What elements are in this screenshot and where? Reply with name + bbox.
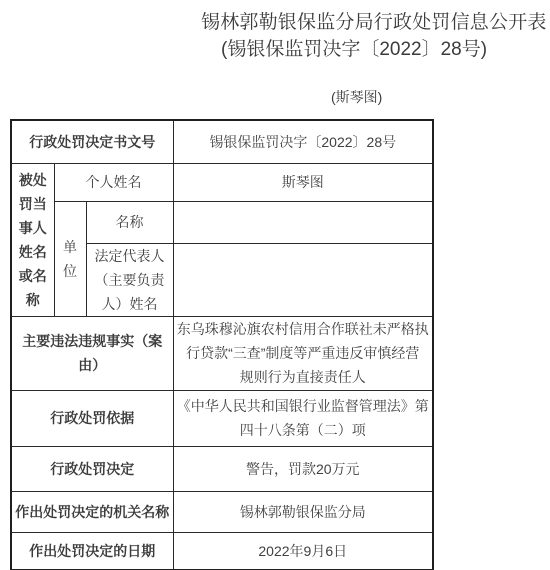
facts-value: 东乌珠穆沁旗农村信用合作联社未严格执 行贷款“三查”制度等严重违反审慎经营 规则… (173, 316, 433, 390)
row-authority: 作出处罚决定的机关名称 锡林郭勒银保监分局 (11, 491, 433, 532)
authority-label: 作出处罚决定的机关名称 (11, 491, 173, 532)
row-doc-number: 行政处罚决定书文号 锡银保监罚决字〔2022〕28号 (11, 120, 433, 163)
punished-party-label: 被处 罚当 事人 姓名 或名 称 (11, 163, 54, 316)
decision-label: 行政处罚决定 (11, 446, 173, 491)
date-label: 作出处罚决定的日期 (11, 532, 173, 570)
row-facts: 主要违法违规事实（案 由） 东乌珠穆沁旗农村信用合作联社未严格执 行贷款“三查”… (11, 316, 433, 390)
row-decision: 行政处罚决定 警告，罚款20万元 (11, 446, 433, 491)
authority-value: 锡林郭勒银保监分局 (173, 491, 433, 532)
row-basis: 行政处罚依据 《中华人民共和国银行业监督管理法》第 四十八条第（二）项 (11, 390, 433, 446)
personal-name-label: 个人姓名 (54, 163, 173, 201)
basis-value: 《中华人民共和国银行业监督管理法》第 四十八条第（二）项 (173, 390, 433, 446)
basis-label: 行政处罚依据 (11, 390, 173, 446)
page-subtitle-doc-number: (锡银保监罚决字〔2022〕28号) (221, 37, 487, 63)
row-date: 作出处罚决定的日期 2022年9月6日 (11, 532, 433, 570)
doc-number-value: 锡银保监罚决字〔2022〕28号 (173, 120, 433, 163)
page-title: 锡林郭勒银保监分局行政处罚信息公开表 (201, 10, 547, 36)
facts-label: 主要违法违规事实（案 由） (11, 316, 173, 390)
row-org-name: 单 位 名称 (11, 201, 433, 243)
org-label: 单 位 (54, 201, 86, 316)
penalty-disclosure-page: { "header": { "title_line1": "锡林郭勒银保监分局行… (0, 0, 550, 570)
legal-rep-value (173, 243, 433, 316)
person-name-note: (斯琴图) (331, 87, 382, 107)
penalty-table: 行政处罚决定书文号 锡银保监罚决字〔2022〕28号 被处 罚当 事人 姓名 或… (10, 119, 434, 570)
row-personal-name: 被处 罚当 事人 姓名 或名 称 个人姓名 斯琴图 (11, 163, 433, 201)
org-name-value (173, 201, 433, 243)
date-value: 2022年9月6日 (173, 532, 433, 570)
doc-number-label: 行政处罚决定书文号 (11, 120, 173, 163)
decision-value: 警告，罚款20万元 (173, 446, 433, 491)
org-name-label: 名称 (86, 201, 173, 243)
legal-rep-label: 法定代表人 （主要负责 人）姓名 (86, 243, 173, 316)
personal-name-value: 斯琴图 (173, 163, 433, 201)
